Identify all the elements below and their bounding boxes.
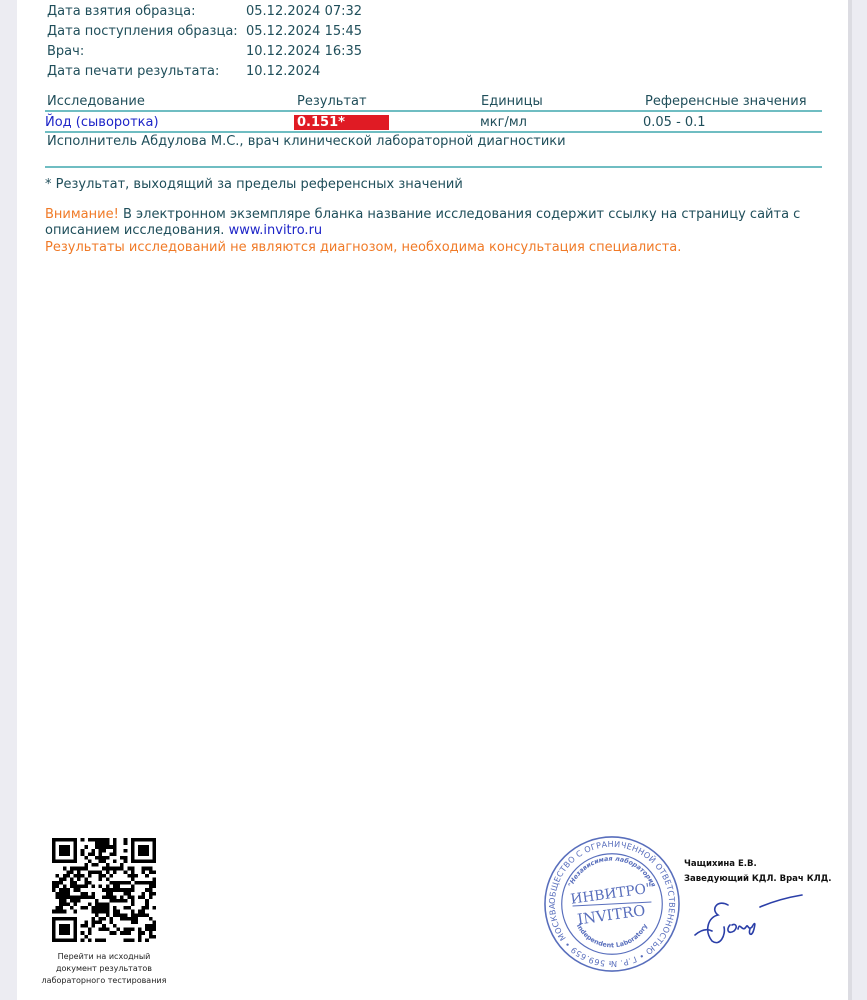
disclaimer: Результаты исследований не являются диаг… [45,240,681,255]
footnote: * Результат, выходящий за пределы рефере… [45,177,463,192]
qr-caption-line: документ результатов [40,963,168,975]
notice-text: В электронном экземпляре бланка название… [45,207,800,238]
qr-caption-line: Перейти на исходный [40,951,168,963]
meta-print-date: Дата печати результата:10.12.2024 [47,64,320,79]
meta-received-date: Дата поступления образца:05.12.2024 15:4… [47,24,362,39]
test-name-link[interactable]: Йод (сыворотка) [45,115,159,130]
meta-value: 10.12.2024 16:35 [246,44,362,59]
meta-label: Дата печати результата: [47,64,246,79]
qr-caption: Перейти на исходный документ результатов… [40,951,168,987]
meta-value: 05.12.2024 07:32 [246,4,362,19]
svg-text:INVITRO: INVITRO [576,902,646,928]
qr-code-icon[interactable] [52,838,156,942]
website-link[interactable]: www.invitro.ru [229,223,323,238]
column-header-result: Результат [297,94,367,109]
lab-stamp-icon: ОБЩЕСТВО С ОГРАНИЧЕННОЙ ОТВЕТСТВЕННОСТЬЮ… [543,835,681,973]
column-header-test: Исследование [47,94,145,109]
units-value: мкг/мл [480,115,527,130]
meta-label: Дата взятия образца: [47,4,246,19]
warning-label: Внимание! [45,207,119,222]
column-header-reference: Референсные значения [645,94,807,109]
signature-icon [690,885,810,950]
notice-paragraph: Внимание! В электронном экземпляре бланк… [45,207,835,239]
meta-value: 05.12.2024 15:45 [246,24,362,39]
reference-value: 0.05 - 0.1 [643,115,706,130]
page-edge [848,0,852,1000]
meta-sample-date: Дата взятия образца:05.12.2024 07:32 [47,4,362,19]
performer-line: Исполнитель Абдулова М.С., врач клиничес… [47,134,566,149]
meta-doctor: Врач:10.12.2024 16:35 [47,44,362,59]
table-row-divider [45,131,822,133]
meta-label: Врач: [47,44,246,59]
qr-caption-line: лабораторного тестирования [40,975,168,987]
result-value: 0.151* [297,115,345,130]
signer-name: Чащихина Е.В. [684,857,832,872]
meta-value: 10.12.2024 [246,64,320,79]
table-header-divider [45,110,822,112]
column-header-units: Единицы [481,94,543,109]
meta-label: Дата поступления образца: [47,24,246,39]
signer-block: Чащихина Е.В. Заведующий КДЛ. Врач КЛД. [684,857,832,887]
section-divider [45,166,822,168]
